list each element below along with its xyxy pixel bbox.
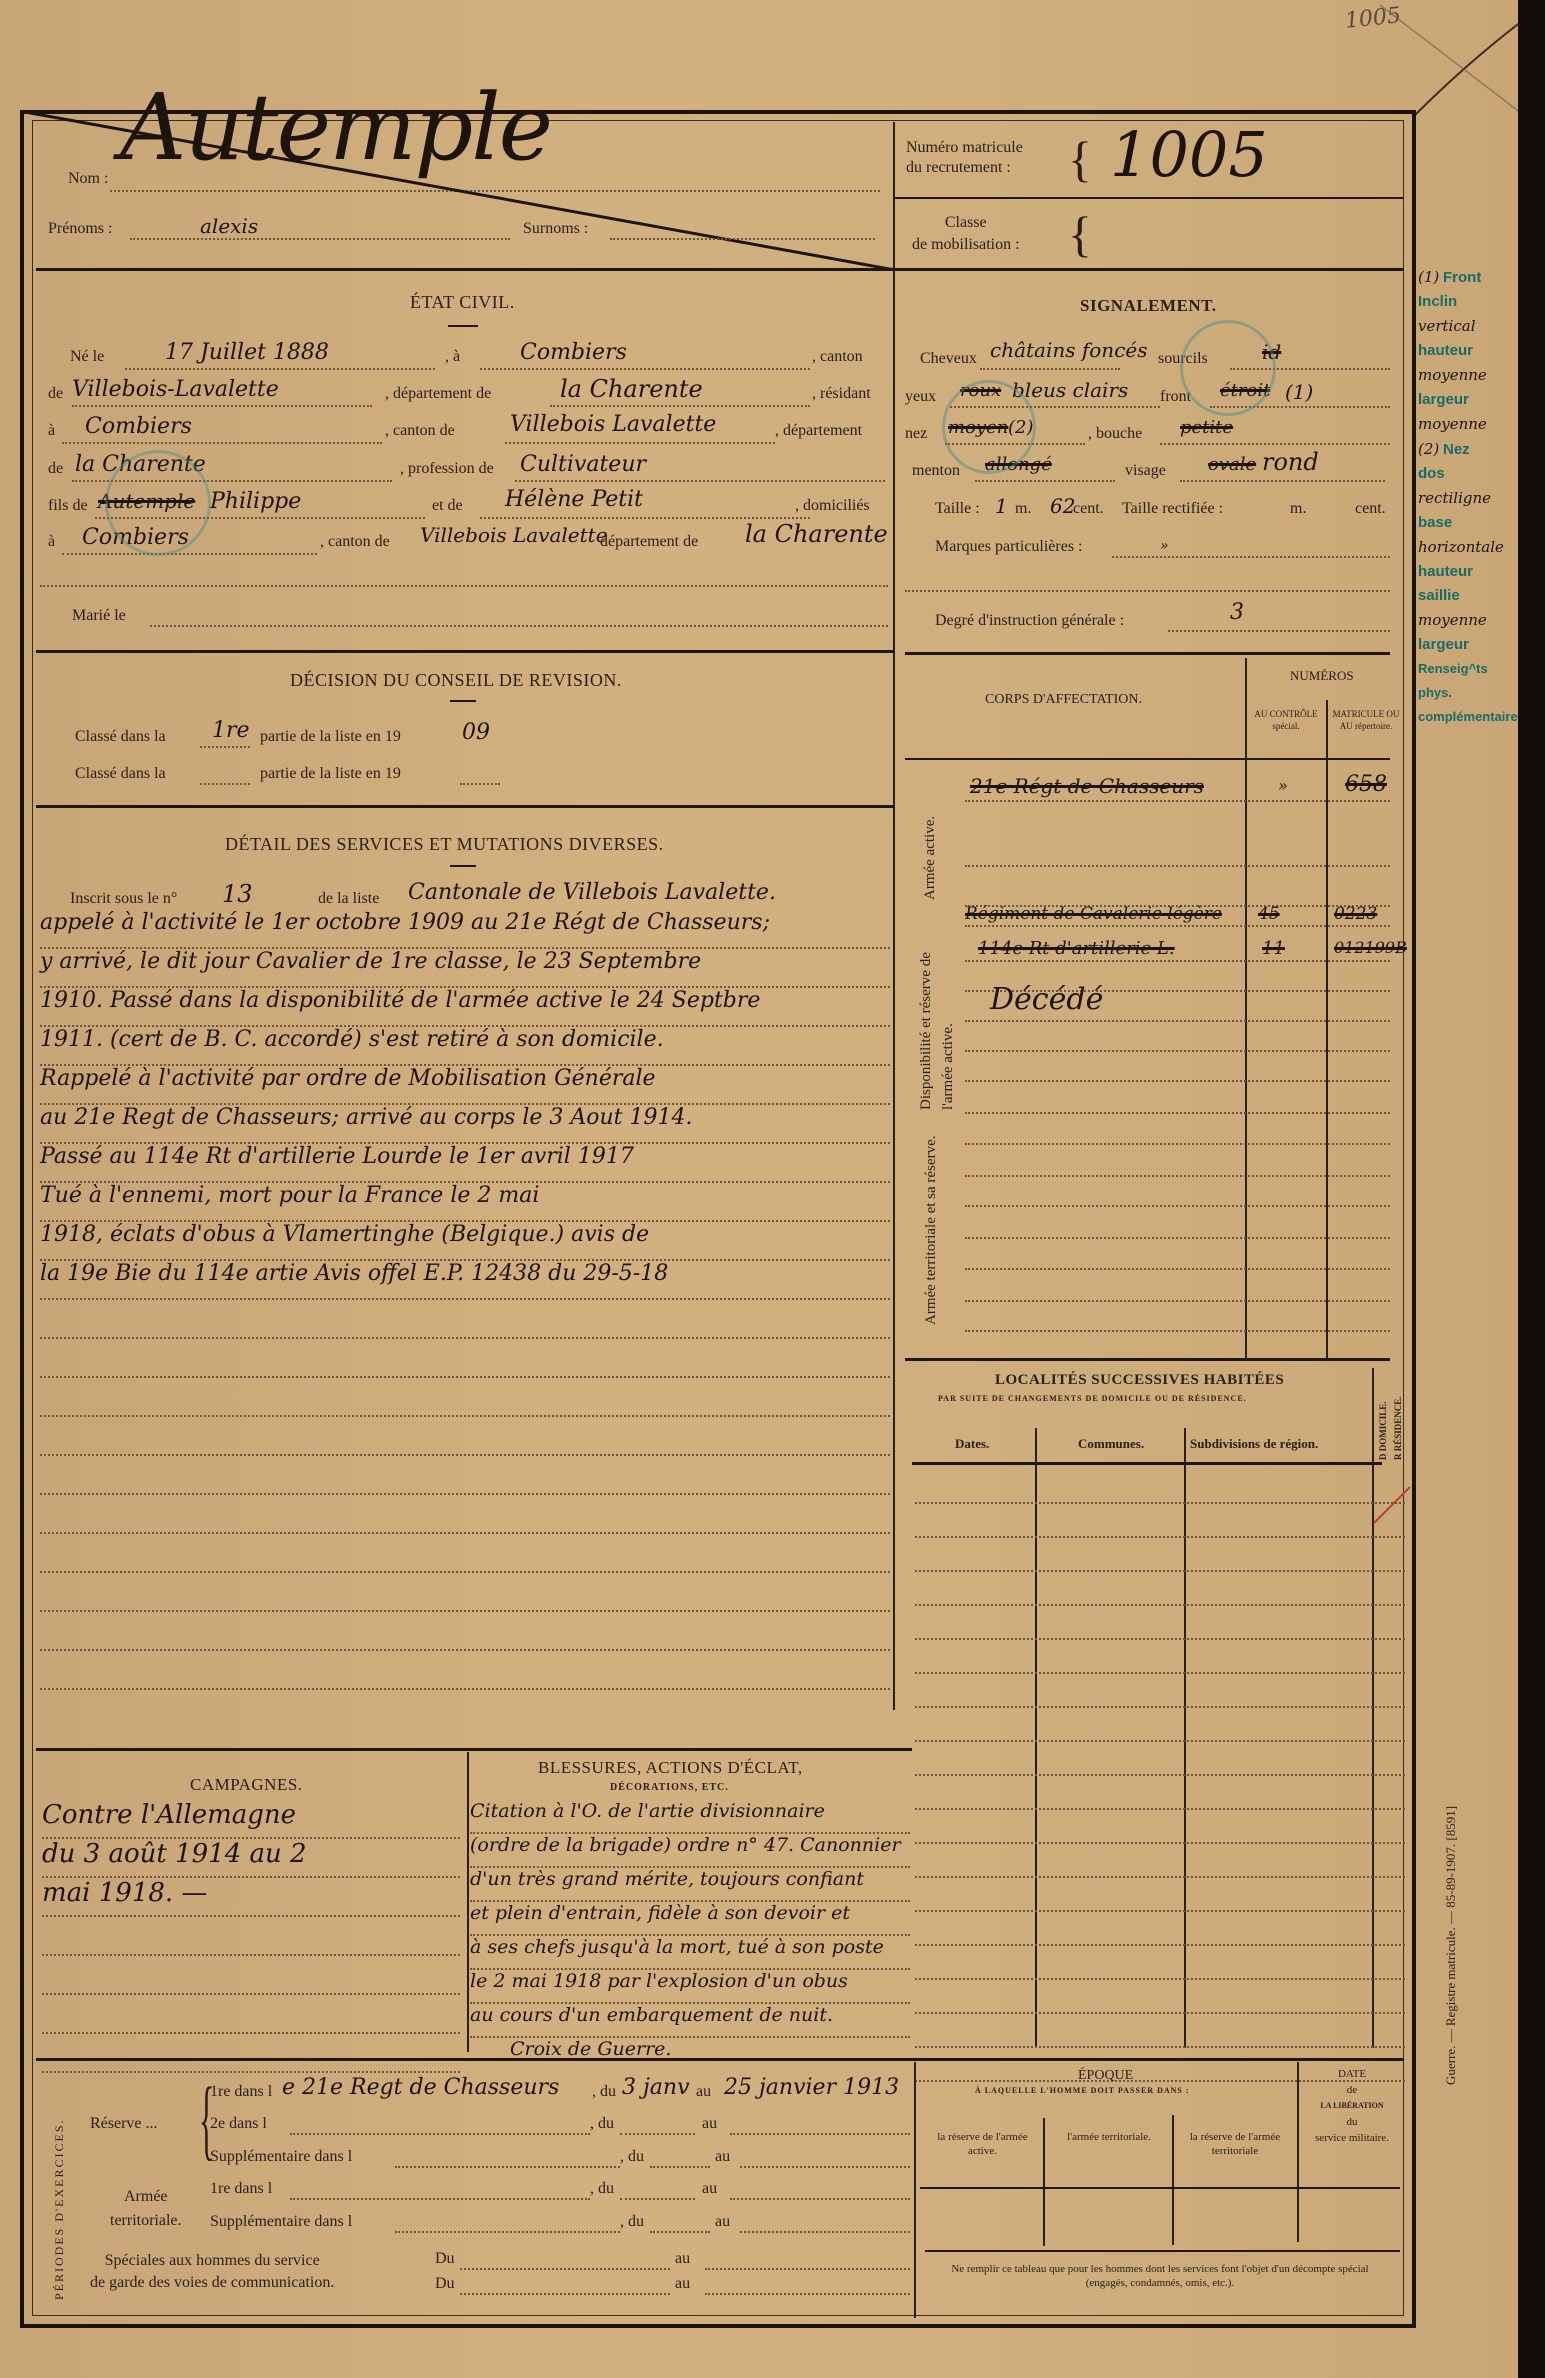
- epoque-subtitle: À LAQUELLE L'HOMME DOIT PASSER DANS :: [975, 2086, 1190, 2095]
- reserve-1-value: e 21e Regt de Chasseurs: [282, 2075, 559, 2100]
- numero-matricule-value: 1005: [1110, 118, 1268, 191]
- residence-value: Combiers: [85, 414, 192, 439]
- yeux-value: bleus clairs: [1012, 378, 1128, 402]
- taille-cent-value: 62: [1050, 494, 1075, 518]
- disponibilite-label: Disponibilité et réserve de l'armée acti…: [915, 910, 959, 1110]
- side-imprint: Guerre. — Registre matricule. — 85-89-19…: [1443, 1806, 1459, 2085]
- residence-canton-value: Villebois Lavalette: [510, 412, 716, 437]
- mother-name-value: Hélène Petit: [505, 487, 643, 512]
- marques-value: »: [1160, 538, 1169, 554]
- official-stamp: [105, 450, 211, 556]
- parents-department-value: la Charente: [745, 520, 888, 548]
- signalement-title: SIGNALEMENT.: [1080, 296, 1217, 316]
- territoriale-label: Armée territoriale et sa réserve.: [920, 1125, 942, 1325]
- front-note-ref: (1): [1285, 380, 1313, 404]
- periodes-side-label: PÉRIODES D'EXERCICES.: [52, 2118, 67, 2300]
- armee-active-label: Armée active.: [922, 816, 939, 900]
- cheveux-value: châtains foncés: [990, 338, 1148, 362]
- prenoms-label: Prénoms :: [48, 220, 112, 238]
- blessures-lines: Citation à l'O. de l'artie divisionnaire…: [470, 1800, 910, 2070]
- father-name-value: Philippe: [210, 489, 301, 514]
- numero-matricule-label: Numéro matricule du recrutement :: [906, 138, 1023, 178]
- classement-year-value: 09: [462, 720, 490, 745]
- inscrit-num-value: 13: [222, 880, 253, 908]
- localites-rows: [915, 1470, 1405, 2082]
- register-page: 1005 Nom : Autemple Prénoms : alexis Sur…: [0, 0, 1518, 2378]
- localites-subtitle: PAR SUITE DE CHANGEMENTS DE DOMICILE OU …: [938, 1394, 1247, 1403]
- col-matricule-header: MATRICULE OU AU répertoire.: [1330, 708, 1402, 732]
- parents-canton-value: Villebois Lavalette: [420, 523, 608, 547]
- surnoms-label: Surnoms :: [523, 220, 588, 238]
- speciales-label: Spéciales aux hommes du service de garde…: [90, 2250, 334, 2294]
- conseil-revision-title: DÉCISION DU CONSEIL DE REVISION.: [290, 670, 622, 691]
- date-liberation-header: DATE de LA LIBÉRATION du service militai…: [1302, 2066, 1402, 2146]
- birth-canton-value: Villebois-Lavalette: [72, 377, 279, 402]
- classement-partie-value: 1re: [212, 718, 250, 743]
- etat-civil-title: ÉTAT CIVIL.: [410, 292, 515, 313]
- localites-title: LOCALITÉS SUCCESSIVES HABITÉES: [995, 1372, 1284, 1389]
- epoque-col-reserve-active: la réserve de l'armée active.: [925, 2130, 1040, 2158]
- corps-affectation-title: CORPS D'AFFECTATION.: [985, 692, 1142, 708]
- profession-value: Cultivateur: [520, 452, 646, 477]
- strike-diagonal: [20, 108, 900, 278]
- birth-department-value: la Charente: [560, 375, 703, 403]
- blessures-subtitle: DÉCORATIONS, ETC.: [610, 1782, 729, 1793]
- reserve-1-au-value: 25 janvier 1913: [724, 2075, 899, 2100]
- bouche-struck-value: petite: [1180, 417, 1233, 438]
- campagnes-lines: Contre l'Allemagne du 3 août 1914 au 2 m…: [42, 1800, 460, 2073]
- blessures-title: BLESSURES, ACTIONS D'ÉCLAT,: [538, 1758, 803, 1778]
- armee-territoriale-label: Armée territoriale.: [110, 2185, 182, 2233]
- taille-m-value: 1: [995, 494, 1008, 518]
- prenoms-value: alexis: [200, 214, 258, 238]
- epoque-note: Ne remplir ce tableau que pour les homme…: [930, 2262, 1390, 2290]
- birth-date-value: 17 Juillet 1888: [165, 340, 329, 365]
- campagnes-title: CAMPAGNES.: [190, 1775, 303, 1795]
- margin-notes: (1) Front Inclin vertical hauteur moyenn…: [1418, 265, 1518, 729]
- reserve-1-du-value: 3 janv: [622, 2075, 690, 2100]
- corps-row-1: 21e Régt de Chasseurs: [970, 774, 1204, 798]
- numeros-title: NUMÉROS: [1290, 668, 1354, 684]
- degre-instruction-value: 3: [1230, 600, 1244, 625]
- marie-label: Marié le: [72, 607, 126, 625]
- corps-row-2: Régiment de Cavalerie légère: [965, 904, 1222, 924]
- services-lines: appelé à l'activité le 1er octobre 1909 …: [40, 910, 890, 1690]
- classe-mobilisation-label: Classe de mobilisation :: [912, 212, 1020, 256]
- visage-value: rond: [1262, 448, 1319, 476]
- epoque-col-territoriale: l'armée territoriale.: [1050, 2130, 1168, 2144]
- visage-struck-value: ovale: [1208, 454, 1256, 475]
- epoque-col-reserve-territoriale: la réserve de l'armée territoriale: [1175, 2130, 1295, 2158]
- decede-note: Décédé: [990, 982, 1103, 1017]
- scan-edge: [1518, 0, 1545, 2378]
- col-controle-header: AU CONTRÔLE spécial.: [1250, 708, 1322, 732]
- corps-row-3: 114e Rt d'artillerie L.: [978, 938, 1175, 959]
- epoque-title: ÉPOQUE: [1078, 2068, 1133, 2084]
- birth-place-value: Combiers: [520, 340, 627, 365]
- services-title: DÉTAIL DES SERVICES ET MUTATIONS DIVERSE…: [225, 834, 664, 855]
- liste-value: Cantonale de Villebois Lavalette.: [408, 880, 776, 905]
